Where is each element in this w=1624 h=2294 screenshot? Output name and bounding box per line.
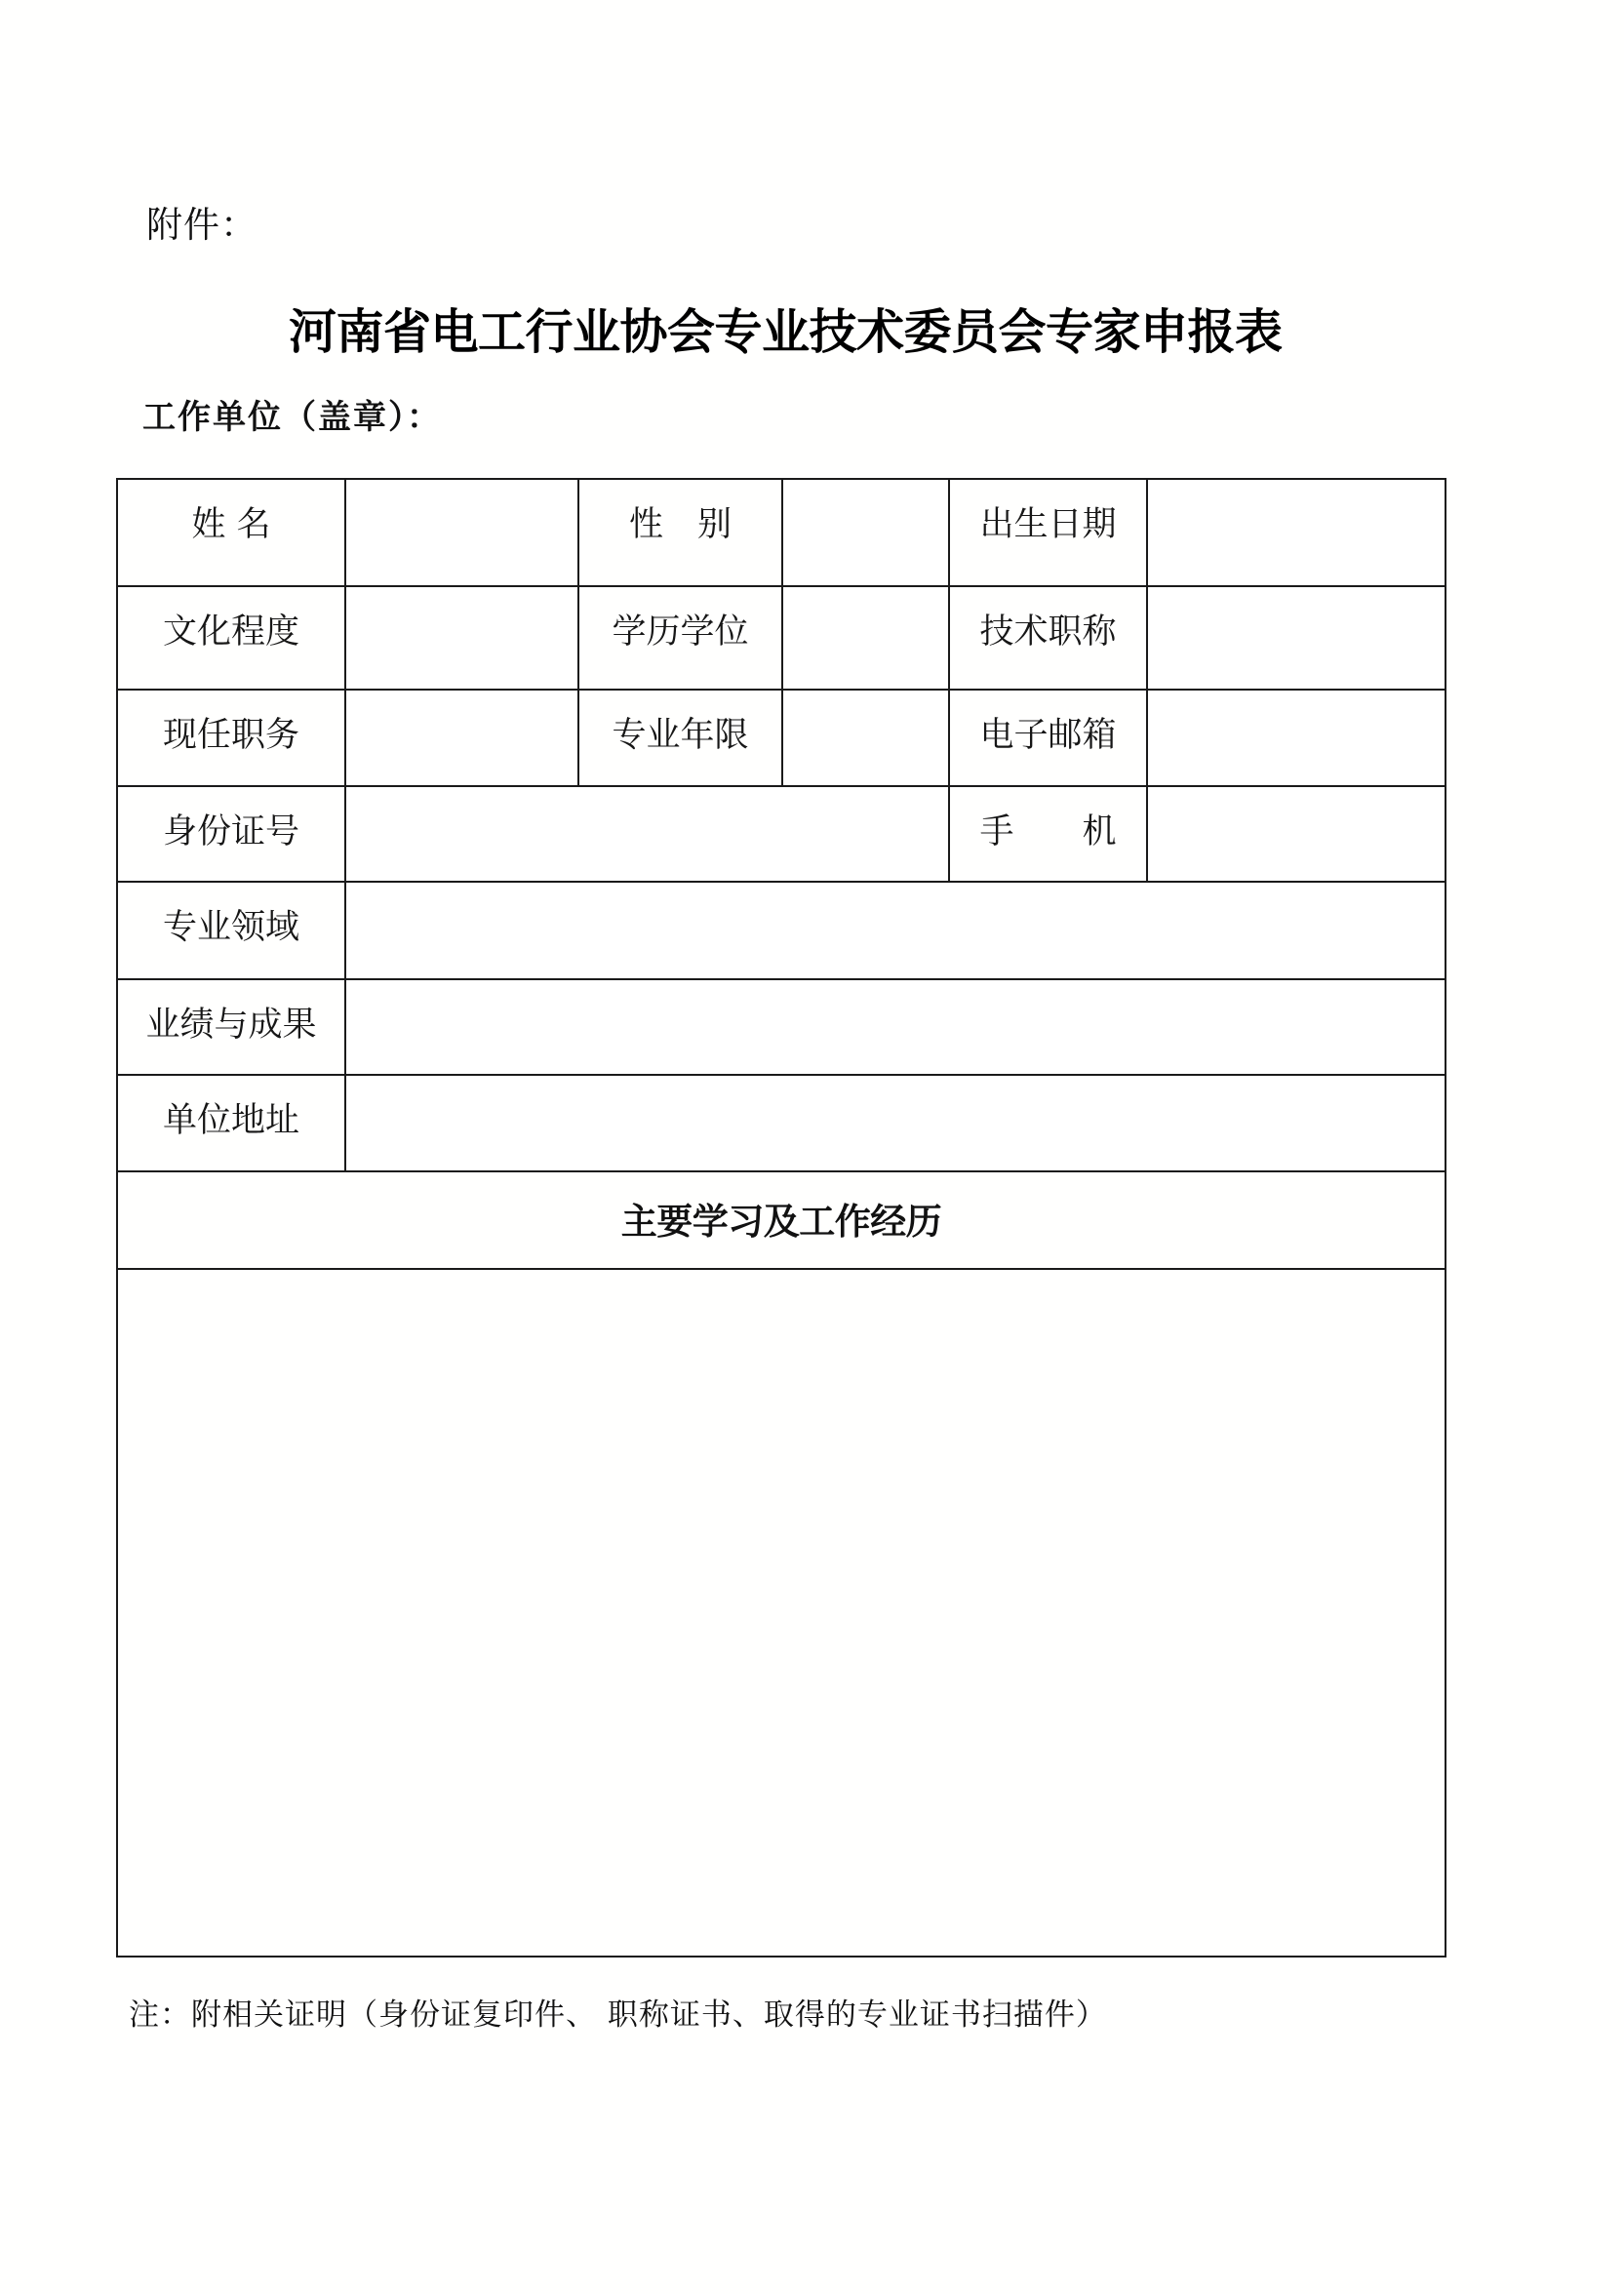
email-field-cell[interactable] [1147,690,1446,786]
mobile-field-cell[interactable] [1147,786,1446,882]
id-number-label: 身份证号 [117,786,345,882]
email-label: 电子邮箱 [949,690,1147,786]
current-position-field-cell[interactable] [345,690,578,786]
achievements-field[interactable] [346,980,1445,1028]
unit-address-field[interactable] [346,1076,1445,1124]
form-row-id: 身份证号 手 机 [117,786,1446,882]
form-row-achievements: 业绩与成果 [117,979,1446,1075]
birth-date-field[interactable] [1148,480,1445,528]
form-row-education: 文化程度 学历学位 技术职称 [117,586,1446,690]
education-level-label: 文化程度 [117,586,345,690]
unit-address-label: 单位地址 [117,1075,345,1171]
unit-address-field-cell[interactable] [345,1075,1446,1171]
name-label: 姓 名 [117,479,345,586]
technical-title-field[interactable] [1148,587,1445,635]
education-level-field-cell[interactable] [345,586,578,690]
mobile-label: 手 机 [949,786,1147,882]
name-field[interactable] [346,480,577,528]
gender-field-cell[interactable] [782,479,949,586]
id-number-field[interactable] [346,787,948,835]
gender-label: 性 别 [578,479,782,586]
professional-field-cell[interactable] [345,882,1446,979]
form-row-section-heading: 主要学习及工作经历 [117,1171,1446,1269]
experience-textarea[interactable] [118,1270,1445,1354]
birth-date-field-cell[interactable] [1147,479,1446,586]
form-row-field: 专业领域 [117,882,1446,979]
current-position-field[interactable] [346,691,577,738]
technical-title-field-cell[interactable] [1147,586,1446,690]
gender-field[interactable] [783,480,948,528]
professional-field-label: 专业领域 [117,882,345,979]
experience-field-cell[interactable] [117,1269,1446,1957]
footnote: 注：附相关证明（身份证复印件、 职称证书、取得的专业证书扫描件） [129,1990,1107,2034]
mobile-field[interactable] [1148,787,1445,835]
degree-label: 学历学位 [578,586,782,690]
email-field[interactable] [1148,691,1445,738]
technical-title-label: 技术职称 [949,586,1147,690]
professional-years-field-cell[interactable] [782,690,949,786]
professional-field-input[interactable] [346,883,1445,930]
form-row-position: 现任职务 专业年限 电子邮箱 [117,690,1446,786]
degree-field[interactable] [783,587,948,635]
achievements-field-cell[interactable] [345,979,1446,1075]
id-number-field-cell[interactable] [345,786,949,882]
attachment-label: 附件： [146,195,257,248]
page-title: 河南省电工行业协会专业技术委员会专家申报表 [289,295,1283,363]
work-unit-label: 工作单位（盖章）： [142,390,442,438]
form-row-name: 姓 名 性 别 出生日期 [117,479,1446,586]
education-level-field[interactable] [346,587,577,635]
professional-years-field[interactable] [783,691,948,738]
achievements-label: 业绩与成果 [117,979,345,1075]
professional-years-label: 专业年限 [578,690,782,786]
form-row-address: 单位地址 [117,1075,1446,1171]
birth-date-label: 出生日期 [949,479,1147,586]
current-position-label: 现任职务 [117,690,345,786]
experience-section-heading: 主要学习及工作经历 [117,1171,1446,1269]
form-row-experience [117,1269,1446,1957]
degree-field-cell[interactable] [782,586,949,690]
name-field-cell[interactable] [345,479,578,586]
application-form-table: 姓 名 性 别 出生日期 文化程度 学历学位 技术职称 现任职务 专业年限 电子… [116,478,1446,1958]
document-page: 附件： 河南省电工行业协会专业技术委员会专家申报表 工作单位（盖章）： 姓 名 … [0,0,1624,2294]
